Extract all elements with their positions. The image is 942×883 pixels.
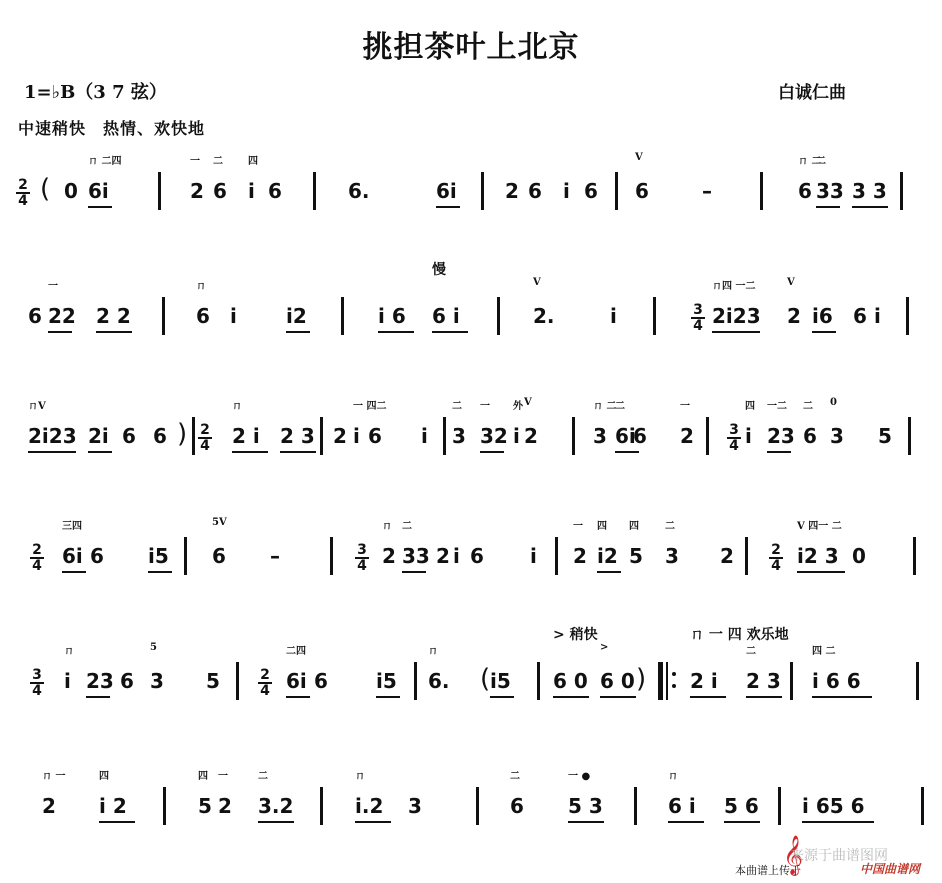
fingering-mark: 四 (198, 767, 208, 782)
fingering-mark: ㄇ 一 四 欢乐地 (690, 624, 789, 644)
score-line-5: 34iㄇ236355246i二四6i56.ㄇ(i56 0> 稍快6 0>)2 i… (0, 640, 942, 740)
fingering-mark: 四 二 (812, 642, 835, 657)
watermark-upload: 本曲谱上传于 (735, 862, 801, 878)
fingering-mark: > (600, 642, 608, 653)
beam-underline (88, 206, 112, 208)
fingering-mark: 5 (150, 642, 157, 653)
fingering-mark: 慢 (432, 259, 446, 279)
note-group: 5 (198, 795, 212, 817)
fingering-mark: 一 (48, 277, 58, 292)
repeat-dot (672, 672, 676, 676)
note-group: i 65 6 (802, 795, 865, 817)
note-group: 3 (665, 545, 679, 567)
note-group: 5 (206, 670, 220, 692)
note-group: i2 (286, 305, 307, 327)
fingering-mark: ㄇV (28, 397, 46, 412)
note-group: 6 (470, 545, 484, 567)
note-group: 2 3 (746, 670, 781, 692)
note-group: 2 (190, 180, 204, 202)
beam-underline (436, 206, 460, 208)
fingering-mark: ㄇ (232, 397, 242, 412)
note-group: 6 (268, 180, 282, 202)
note-group: i.2 (355, 795, 383, 817)
watermark-brand: 中国曲谱网 (860, 860, 920, 877)
fingering-mark: 四 (248, 152, 258, 167)
time-denominator: 4 (771, 558, 781, 574)
bar-line (921, 787, 924, 825)
bar-line (443, 417, 446, 455)
fingering-mark: V (524, 397, 532, 408)
note-group: 23 (767, 425, 795, 447)
bar-line (900, 172, 903, 210)
time-denominator: 4 (18, 193, 28, 209)
note-group: 6 (28, 305, 42, 327)
note-group: i (874, 305, 881, 327)
note-group: i 6 (378, 305, 406, 327)
bar-line (162, 297, 165, 335)
fingering-mark: 一 (190, 152, 200, 167)
beam-underline (816, 206, 840, 208)
note-group: 6 (212, 545, 226, 567)
note-group: 6i (286, 670, 307, 692)
beam-underline (802, 821, 874, 823)
note-group: 6 (213, 180, 227, 202)
note-group: i5 (148, 545, 169, 567)
fingering-mark: V (533, 277, 541, 288)
beam-underline (746, 696, 782, 698)
fingering-mark: ㄇ (64, 642, 74, 657)
note-group: i 6 6 (812, 670, 861, 692)
beam-underline (553, 696, 589, 698)
time-numerator: 3 (30, 668, 44, 684)
fingering-mark: 二 (615, 397, 625, 412)
beam-underline (48, 331, 72, 333)
note-group: 2 i (232, 425, 260, 447)
note-group: i (745, 425, 752, 447)
repeat-dot (672, 684, 676, 688)
fingering-mark: ㄇ (355, 767, 365, 782)
beam-underline (812, 696, 872, 698)
fingering-mark: 一 四二 (353, 397, 386, 412)
fingering-mark: > 稍快 (553, 624, 598, 644)
beam-underline (286, 696, 310, 698)
fingering-mark: 二 (816, 152, 826, 167)
beam-underline (812, 331, 836, 333)
note-group: 6i (88, 180, 109, 202)
bar-line (414, 662, 417, 700)
note-group: 2 (382, 545, 396, 567)
sheet-title: 挑担茶叶上北京 (0, 22, 942, 66)
tempo-expression: 中速稍快 热情、欢快地 (18, 116, 205, 139)
bar-line (163, 787, 166, 825)
fingering-mark: 四 (597, 517, 607, 532)
beam-underline (96, 331, 132, 333)
bar-line (913, 537, 916, 575)
fingering-mark: 二 (213, 152, 223, 167)
bar-line (158, 172, 161, 210)
time-denominator: 4 (32, 683, 42, 699)
note-group: 0 (64, 180, 78, 202)
repeat-sign (658, 662, 663, 700)
fingering-mark: ㄇ (196, 277, 206, 292)
fingering-mark: ㄇ 二 (593, 397, 616, 412)
note-group: 33 (816, 180, 844, 202)
note-group: 3 (593, 425, 607, 447)
beam-underline (62, 571, 86, 573)
note-group: 6 (798, 180, 812, 202)
bar-line (615, 172, 618, 210)
time-denominator: 4 (729, 438, 739, 454)
bar-line (184, 537, 187, 575)
time-denominator: 4 (693, 318, 703, 334)
note-group: – (270, 545, 280, 567)
time-numerator: 3 (727, 423, 741, 439)
note-group: 2 (524, 425, 538, 447)
note-group: 2 i (690, 670, 718, 692)
note-group: 22 (48, 305, 76, 327)
note-group: 2 (218, 795, 232, 817)
beam-underline (99, 821, 135, 823)
note-group: 2 2 (96, 305, 131, 327)
beam-underline (490, 696, 514, 698)
bar-line (497, 297, 500, 335)
fingering-mark: 四 (745, 397, 755, 412)
note-group: 2 (573, 545, 587, 567)
note-group: 6 (196, 305, 210, 327)
note-group: 6 (633, 425, 647, 447)
note-group: i5 (490, 670, 511, 692)
note-group: 3 (830, 425, 844, 447)
beam-underline (402, 571, 426, 573)
beam-underline (597, 571, 621, 573)
beam-underline (280, 451, 316, 453)
note-group: 3 (408, 795, 422, 817)
time-numerator: 3 (691, 303, 705, 319)
note-group: 6 (635, 180, 649, 202)
beam-underline (286, 331, 310, 333)
time-numerator: 2 (198, 423, 212, 439)
fingering-mark: 一 (218, 767, 228, 782)
note-group: 6 (122, 425, 136, 447)
parenthesis: ( (480, 664, 490, 694)
note-group: 6 (90, 545, 104, 567)
note-group: 6 (314, 670, 328, 692)
beam-underline (668, 821, 704, 823)
time-denominator: 4 (32, 558, 42, 574)
fingering-mark: 一 (680, 397, 690, 412)
beam-underline (355, 821, 391, 823)
score-line-4: 246i三四6i565V–342ㄇ33二2i6i2一i2四5四3二224i2 3… (0, 515, 942, 615)
note-group: i (353, 425, 360, 447)
time-signature: 34 (30, 668, 44, 698)
bar-line (341, 297, 344, 335)
score-line-3: 2i23ㄇV2i66)242 iㄇ2 32i一 四二6i3二32一i外2V3ㄇ … (0, 395, 942, 495)
fingering-mark: V (635, 152, 643, 163)
note-group: 2 (505, 180, 519, 202)
note-group: 3 3 (852, 180, 887, 202)
bar-line (790, 662, 793, 700)
parenthesis: ) (636, 664, 646, 694)
note-group: 2 (333, 425, 347, 447)
bar-line (236, 662, 239, 700)
note-group: 6 0 (553, 670, 588, 692)
fingering-mark: 二 (258, 767, 268, 782)
note-group: 33 (402, 545, 430, 567)
bar-line (653, 297, 656, 335)
note-group: 6. (428, 670, 450, 692)
time-numerator: 2 (258, 668, 272, 684)
fingering-mark: 外 (513, 397, 523, 412)
note-group: i (248, 180, 255, 202)
note-group: 5 6 (724, 795, 759, 817)
parenthesis: ( (40, 174, 50, 204)
note-group: 5 3 (568, 795, 603, 817)
time-denominator: 4 (357, 558, 367, 574)
beam-underline (767, 451, 791, 453)
note-group: 5 (878, 425, 892, 447)
note-group: 2 (42, 795, 56, 817)
beam-underline (568, 821, 604, 823)
beam-underline (258, 821, 294, 823)
note-group: i (610, 305, 617, 327)
note-group: 2 (787, 305, 801, 327)
fingering-mark: ㄇ 二四 (88, 152, 121, 167)
beam-underline (712, 331, 760, 333)
key-signature: 1=♭B（3 7 弦） (24, 78, 167, 104)
note-group: 6 (584, 180, 598, 202)
note-group: 3 (452, 425, 466, 447)
time-signature: 34 (355, 543, 369, 573)
fingering-mark: V 四一 二 (797, 517, 842, 532)
bar-line (634, 787, 637, 825)
note-group: 6 i (432, 305, 460, 327)
beam-underline (86, 696, 110, 698)
bar-line (330, 537, 333, 575)
note-group: 6i (62, 545, 83, 567)
fingering-mark: V (787, 277, 795, 288)
beam-underline (232, 451, 268, 453)
time-signature: 24 (769, 543, 783, 573)
fingering-mark: 二 (665, 517, 675, 532)
bar-line (537, 662, 540, 700)
note-group: 6 0 (600, 670, 635, 692)
composer: 白诚仁曲 (778, 78, 846, 103)
note-group: i2 3 (797, 545, 839, 567)
parenthesis: ) (177, 419, 187, 449)
bar-line (192, 417, 195, 455)
beam-underline (480, 451, 504, 453)
fingering-mark: 二 (402, 517, 412, 532)
fingering-mark: 四 (629, 517, 639, 532)
time-signature: 34 (727, 423, 741, 453)
time-signature: 24 (198, 423, 212, 453)
repeat-sign-thin (666, 662, 668, 700)
note-group: 2i (88, 425, 109, 447)
note-group: i (453, 545, 460, 567)
fingering-mark: ㄇ (428, 642, 438, 657)
beam-underline (615, 451, 639, 453)
note-group: 5 (629, 545, 643, 567)
note-group: 6 (853, 305, 867, 327)
bar-line (320, 787, 323, 825)
bar-line (481, 172, 484, 210)
beam-underline (797, 571, 845, 573)
note-group: 3 (150, 670, 164, 692)
fingering-mark: ㄇ (668, 767, 678, 782)
bar-line (906, 297, 909, 335)
time-signature: 24 (16, 178, 30, 208)
note-group: i5 (376, 670, 397, 692)
fingering-mark: 三四 (62, 517, 82, 532)
time-denominator: 4 (260, 683, 270, 699)
fingering-mark: 二 (803, 397, 813, 412)
note-group: 6 (153, 425, 167, 447)
fingering-mark: 一 ● (568, 767, 590, 782)
bar-line (916, 662, 919, 700)
note-group: 2 (436, 545, 450, 567)
time-numerator: 3 (355, 543, 369, 559)
note-group: 6 (803, 425, 817, 447)
beam-underline (600, 696, 636, 698)
time-numerator: 2 (30, 543, 44, 559)
note-group: 2i23 (28, 425, 77, 447)
note-group: 2 (720, 545, 734, 567)
note-group: i (230, 305, 237, 327)
fingering-mark: ㄇ (382, 517, 392, 532)
note-group: i (64, 670, 71, 692)
bar-line (908, 417, 911, 455)
time-denominator: 4 (200, 438, 210, 454)
fingering-mark: 四 (99, 767, 109, 782)
fingering-mark: 一二 (767, 397, 787, 412)
bar-line (555, 537, 558, 575)
beam-underline (690, 696, 726, 698)
fingering-mark: 二 (510, 767, 520, 782)
beam-underline (148, 571, 172, 573)
fingering-mark: 二 (452, 397, 462, 412)
note-group: i (421, 425, 428, 447)
bar-line (320, 417, 323, 455)
time-numerator: 2 (769, 543, 783, 559)
note-group: 23 (86, 670, 114, 692)
note-group: i (530, 545, 537, 567)
score-line-1: 24(06iㄇ 二四2一6二i四66.6i26i66V–6ㄇ 二33二3 3 (0, 150, 942, 250)
bar-line (476, 787, 479, 825)
fingering-mark: 二 (746, 642, 756, 657)
bar-line (760, 172, 763, 210)
score-line-2: 622一2 26ㄇii2i 66 i慢2.Vi342i23ㄇ四 一二2Vi66i (0, 275, 942, 375)
time-signature: 24 (258, 668, 272, 698)
note-group: 2i23 (712, 305, 761, 327)
time-signature: 34 (691, 303, 705, 333)
bar-line (313, 172, 316, 210)
beam-underline (724, 821, 760, 823)
fingering-mark: 0 (830, 397, 837, 408)
fingering-mark: ㄇ 一 (42, 767, 65, 782)
beam-underline (432, 331, 468, 333)
beam-underline (378, 331, 414, 333)
time-signature: 24 (30, 543, 44, 573)
note-group: 6i (436, 180, 457, 202)
note-group: 6 (528, 180, 542, 202)
note-group: 2. (533, 305, 555, 327)
fingering-mark: ㄇ四 一二 (712, 277, 755, 292)
bar-line (778, 787, 781, 825)
beam-underline (852, 206, 888, 208)
beam-underline (88, 451, 112, 453)
fingering-mark: 一 (480, 397, 490, 412)
beam-underline (28, 451, 76, 453)
note-group: i (513, 425, 520, 447)
note-group: i6 (812, 305, 833, 327)
note-group: 2 (680, 425, 694, 447)
note-group: 2 3 (280, 425, 315, 447)
fingering-mark: 二四 (286, 642, 306, 657)
fingering-mark: 一 (573, 517, 583, 532)
note-group: i (563, 180, 570, 202)
note-group: 6 (510, 795, 524, 817)
note-group: 3.2 (258, 795, 293, 817)
time-numerator: 2 (16, 178, 30, 194)
note-group: – (702, 180, 712, 202)
note-group: 6 (120, 670, 134, 692)
fingering-mark: 5V (212, 517, 227, 528)
note-group: 6. (348, 180, 370, 202)
note-group: 32 (480, 425, 508, 447)
note-group: 6 i (668, 795, 696, 817)
bar-line (745, 537, 748, 575)
bar-line (572, 417, 575, 455)
bar-line (706, 417, 709, 455)
note-group: 0 (852, 545, 866, 567)
note-group: 6 (368, 425, 382, 447)
note-group: i 2 (99, 795, 127, 817)
beam-underline (376, 696, 400, 698)
note-group: i2 (597, 545, 618, 567)
